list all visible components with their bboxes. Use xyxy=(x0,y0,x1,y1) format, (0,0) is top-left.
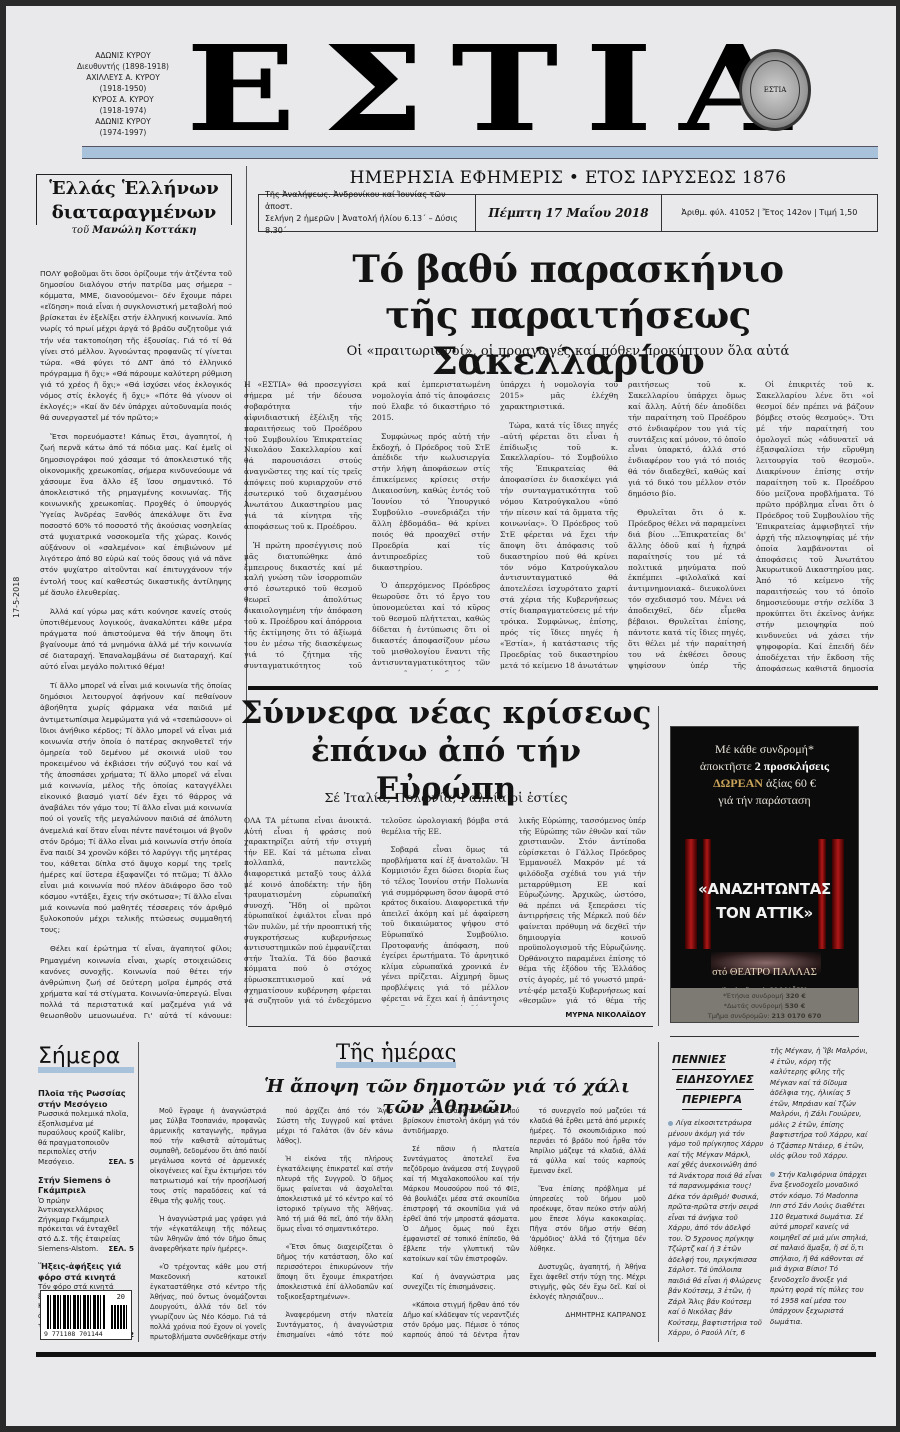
lead-article-body: Η «ΕΣΤΙΑ» θά προσεγγίσει σήμερα μέ τήν δ… xyxy=(244,380,874,672)
second-subheadline: Σέ Ἰταλία, Πολωνία, Γαλλία οἱ ἑστίες xyxy=(236,790,656,805)
of-the-day-column-2: πού ἀρχίζει ἀπό τόν Ἅγιο Σώστη τῆς Συγγρ… xyxy=(277,1106,394,1341)
show-title-line: ΤΟΝ ΑΤΤΙΚ» xyxy=(671,901,858,925)
paragraph: Τί ἄλλο μπορεῖ νά εἶναι μιά κοινωνία τῆς… xyxy=(40,680,232,935)
annual-price: *Ἐτήσια συνδρομή 320 € xyxy=(671,991,858,1001)
paragraph: Μοῦ ἔγραψε ἡ ἀναγνώστριά μας Σύλβα Τσοπα… xyxy=(150,1106,267,1206)
paragraph: «Κάποια στιγμή ἤρθαν ἀπό τόν Δῆμο καί κλ… xyxy=(403,1300,520,1341)
subscription-phone: Τμῆμα συνδρομῶν: 213 0170 670 xyxy=(671,1011,858,1021)
paragraph: τό συνεργεῖο πού μαζεύει τά κλαδιά θά ἔρ… xyxy=(530,1106,647,1176)
column-divider xyxy=(138,1042,139,1342)
show-title: «ΑΝΑΖΗΤΩΝΤΑΣ ΤΟΝ ΑΤΤΙΚ» xyxy=(671,877,858,925)
seal-text: ΕΣΤΙΑ xyxy=(750,60,800,120)
gossip-text: Στήν Καλιφόρνια ὑπάρχει ἕνα ξενοδοχεῖο μ… xyxy=(770,1171,868,1326)
second-headline-line-1: Σύννεφα νέας κρίσεως xyxy=(236,694,656,732)
of-the-day-section-heading: Τῆς ἡμέρας xyxy=(336,1040,456,1064)
page-reference[interactable]: ΣΕΛ. 5 xyxy=(108,1244,134,1254)
author-signature: ΔΗΜΗΤΡΗΣ ΚΑΠΡΑΝΟΣ xyxy=(530,1310,647,1320)
opinion-title-line-2: διαταραγμένων xyxy=(37,202,231,223)
abroad-price: *Δωτάς συνδρομή 530 € xyxy=(671,1001,858,1011)
today-item[interactable]: Πλοῖα τῆς Ρωσσίας στήν Μεσόγειο Ρωσσικά … xyxy=(38,1088,134,1167)
barcode-bars-icon xyxy=(47,1295,105,1329)
founder-line: ΑΔΩΝΙΣ ΚΥΡΟΥ xyxy=(68,116,178,127)
feast-day: Τῆς Ἀναλήψεως. Ἀνδρονίκου καί Ἰουνίας τῶ… xyxy=(265,189,469,213)
paragraph: Οἱ ἐπικριτές τοῦ κ. Σακελλαρίου λένε ὅτι… xyxy=(756,380,874,672)
byline-author: Μανώλη Κοττάκη xyxy=(92,225,196,236)
paragraph: Ἡ πρώτη προσέγγισις πού μᾶς διατυπώθηκε … xyxy=(244,541,362,672)
paragraph: Ἕνα ἐπίσης πρόβλημα μέ ὑπηρεσίες τοῦ δήμ… xyxy=(530,1184,647,1254)
section-divider xyxy=(248,686,878,690)
second-column-3: λικῆς Εὐρώπης, τασσόμενος ὑπέρ τῆς Εὐρώπ… xyxy=(519,816,646,1006)
paragraph: Ἡ εἰκόνα τῆς πλήρους ἐγκατάλειψης ἐπικρα… xyxy=(277,1154,394,1234)
of-the-day-column-3: θά μέ ἀναφωτισθοῦσα πού βρίσκουν ἐπιστολ… xyxy=(403,1106,520,1341)
paragraph: Τώρα, κατά τίς ἴδιες πηγές –αὐτή φέρεται… xyxy=(500,421,618,672)
paragraph: Η «ΕΣΤΙΑ» θά προσεγγίσει σήμερα μέ τήν δ… xyxy=(244,380,362,533)
paragraph: Ἡ ἀναγνώστριά μας γράφει γιά τήν «ἐγκατά… xyxy=(150,1214,267,1254)
price-value: 530 € xyxy=(785,1002,805,1010)
issue-number-price: Ἀριθμ. φύλ. 41052 | Ἔτος 142ον | Τιμή 1,… xyxy=(662,195,877,231)
gossip-text: Λίγα εἰκοσιτετράωρα μένουν ἀκόμη γιά τόν… xyxy=(668,1119,763,1338)
gossip-item: Λίγα εἰκοσιτετράωρα μένουν ἀκόμη γιά τόν… xyxy=(668,1118,764,1338)
lead-headline-line-1: Τό βαθύ παρασκήνιο xyxy=(258,246,878,292)
gossip-column-2: τῆς Μέγκαν, ἡ Ἴβι Μαλρόνι, 4 ἐτῶν, κόρη … xyxy=(770,1046,870,1338)
lead-subheadline: Οἱ «πραιτωριανοί», οἱ προαγωγές καί πόθε… xyxy=(258,344,878,359)
founder-line: Διευθυντής (1898-1918) xyxy=(68,61,178,72)
today-item[interactable]: Στήν Siemens ὁ Γκάμπριελ Ὁ πρώην Ἀντικαγ… xyxy=(38,1175,134,1254)
gossip-item: Στήν Καλιφόρνια ὑπάρχει ἕνα ξενοδοχεῖο μ… xyxy=(770,1170,870,1328)
newspaper-front-page: ΑΔΩΝΙΣ ΚΥΡΟΥ Διευθυντής (1898-1918) ΑΧΙΛ… xyxy=(6,6,896,1426)
issue-date: Πέμπτη 17 Μαΐου 2018 xyxy=(476,195,661,231)
bullet-icon xyxy=(770,1172,775,1177)
masthead-blue-bar xyxy=(82,146,878,159)
today-item-title: Ἥξεις-ἀφήξεις γιά φόρο στά κινητά xyxy=(38,1261,134,1282)
paragraph: πού ἀρχίζει ἀπό τόν Ἅγιο Σώστη τῆς Συγγρ… xyxy=(277,1106,394,1146)
heading-highlight xyxy=(38,1067,134,1073)
price-label: *Ἐτήσια συνδρομή xyxy=(723,992,783,1000)
opinion-body: ΠΟΛΥ φοβοῦμαι ὅτι ὅσοι ὁρίζουμε τήν ἀτζέ… xyxy=(40,268,232,1018)
byline-prefix: τοῦ xyxy=(71,225,89,236)
paragraph: Ὁ ἀπερχόμενος Πρόεδρος θεωροῦσε ὅτι τό ἔ… xyxy=(372,581,490,672)
founder-line: (1974-1997) xyxy=(68,127,178,138)
founder-line: (1918-1950) xyxy=(68,83,178,94)
edition-info-box: Τῆς Ἀναλήψεως. Ἀνδρονίκου καί Ἰουνίας τῶ… xyxy=(258,194,878,232)
today-section-heading: Σήμερα xyxy=(38,1044,120,1069)
page-bottom-rule xyxy=(36,1352,876,1357)
gossip-text: τῆς Μέγκαν, ἡ Ἴβι Μαλρόνι, 4 ἐτῶν, κόρη … xyxy=(770,1046,870,1162)
gossip-column-1: Λίγα εἰκοσιτετράωρα μένουν ἀκόμη γιά τόν… xyxy=(668,1118,764,1338)
newspaper-logo: ΕΣΤΙΑ xyxy=(186,34,818,144)
paragraph: Δυστυχῶς, ἀγαπητή, ἡ Ἀθήνα ἔχει ἀφεθεῖ σ… xyxy=(530,1262,647,1302)
paragraph: ΠΟΛΥ φοβοῦμαι ὅτι ὅσοι ὁρίζουμε τήν ἀτζέ… xyxy=(40,268,232,423)
of-the-day-body: Μοῦ ἔγραψε ἡ ἀναγνώστριά μας Σύλβα Τσοπα… xyxy=(150,1106,646,1341)
second-article-byline: ΜΥΡΝΑ ΝΙΚΟΛΑΪΔΟΥ xyxy=(516,1011,646,1019)
ad-line: ΔΩΡΕΑΝ ἀξίας 60 € xyxy=(671,775,858,792)
ad-free-label: ΔΩΡΕΑΝ xyxy=(713,776,763,790)
ad-value: ἀξίας 60 € xyxy=(766,776,816,790)
today-heading-text: Σήμερα xyxy=(38,1044,120,1069)
paragraph: ὑπάρχει ἡ νομολογία τοῦ 2015» μᾶς ἐλέχθη… xyxy=(500,380,618,413)
column-divider xyxy=(658,1042,659,1342)
founder-line: ΑΔΩΝΙΣ ΚΥΡΟΥ xyxy=(68,50,178,61)
divider xyxy=(670,1036,859,1037)
barcode-issue: 20 xyxy=(117,1293,125,1301)
paragraph: κρά καί ἐμπεριστατωμένη νομολογία ἀπό τί… xyxy=(372,380,490,424)
paragraph: ΟΛΑ ΤΑ μέτωπα εἶναι ἀνοικτά. Αὐτή εἶναι … xyxy=(244,816,371,1006)
founder-line: ΑΧΙΛΛΕΥΣ Α. ΚΥΡΟΥ xyxy=(68,72,178,83)
gossip-section-heading: ΠΕΝΝΙΕΣ ΕΙΔΗΣΟΥΛΕΣ ΠΕΡΙΕΡΓΑ xyxy=(668,1050,764,1110)
paragraph: ραιτήσεως τοῦ κ. Σακελλαρίου ὑπάρχει ὅμω… xyxy=(628,380,746,500)
second-column-2: τελοῦσε ὡρολογιακή βόμβα στά θεμέλια τῆς… xyxy=(381,816,508,1006)
founders-list: ΑΔΩΝΙΣ ΚΥΡΟΥ Διευθυντής (1898-1918) ΑΧΙΛ… xyxy=(68,50,178,138)
subscription-advertisement[interactable]: Μέ κάθε συνδρομή* ἀποκτῆστε 2 προσκλήσει… xyxy=(670,726,859,1023)
heading-highlight xyxy=(336,1062,456,1068)
page-reference[interactable]: ΣΕΛ. 5 xyxy=(108,1157,134,1167)
gossip-heading-line: ΠΕΝΝΙΕΣ xyxy=(672,1050,726,1070)
divider xyxy=(248,1026,653,1027)
founder-line: (1918-1974) xyxy=(68,105,178,116)
side-date: 17-5-2018 xyxy=(12,577,21,618)
lead-column-1: Η «ΕΣΤΙΑ» θά προσεγγίσει σήμερα μέ τήν δ… xyxy=(244,380,362,672)
second-column-1: ΟΛΑ ΤΑ μέτωπα εἶναι ἀνοικτά. Αὐτή εἶναι … xyxy=(244,816,371,1006)
paragraph: Ἀναφερόμενη στήν πλατεία Συντάγματος, ἡ … xyxy=(277,1310,394,1341)
tagline: ΗΜΕΡΗΣΙΑ ΕΦΗΜΕΡΙΣ • ΕΤΟΣ ΙΔΡΥΣΕΩΣ 1876 xyxy=(258,168,878,188)
paragraph: Συμφώνως πρός αὐτή τήν ἔκδοχή, ὁ Πρόεδρο… xyxy=(372,432,490,574)
ad-line: γιά τήν παράσταση xyxy=(671,792,858,809)
lead-column-4: ραιτήσεως τοῦ κ. Σακελλαρίου ὑπάρχει ὅμω… xyxy=(628,380,746,672)
lead-column-5: Οἱ ἐπικριτές τοῦ κ. Σακελλαρίου λένε ὅτι… xyxy=(756,380,874,672)
price-label: *Δωτάς συνδρομή xyxy=(724,1002,783,1010)
of-the-day-column-4: τό συνεργεῖο πού μαζεύει τά κλαδιά θά ἔρ… xyxy=(530,1106,647,1341)
opinion-title-line-1: Ἑλλάς Ἑλλήνων xyxy=(37,178,231,199)
paragraph: Θέλει καί ἐρώτημα τί εἶναι, ἀγαπητοί φίλ… xyxy=(40,943,232,1018)
price-value: 320 € xyxy=(786,992,806,1000)
lead-column-2: κρά καί ἐμπεριστατωμένη νομολογία ἀπό τί… xyxy=(372,380,490,672)
founder-line: ΚΥΡΟΣ Α. ΚΥΡΟΥ xyxy=(68,94,178,105)
barcode-number: 9 771108 701144 xyxy=(44,1330,103,1338)
opinion-byline: τοῦ Μανώλη Κοττάκη xyxy=(34,225,234,236)
paragraph: Σοβαρά εἶναι ὅμως τά προβλήματα καί ἐξ ἀ… xyxy=(381,845,508,1006)
calendar-info: Τῆς Ἀναλήψεως. Ἀνδρονίκου καί Ἰουνίας τῶ… xyxy=(259,195,476,231)
barcode: 9 771108 701144 20 xyxy=(40,1290,132,1340)
today-item-title: Στήν Siemens ὁ Γκάμπριελ xyxy=(38,1175,134,1196)
barcode-addon-bars-icon xyxy=(111,1305,127,1329)
paragraph: Σέ πᾶσιν ἡ πλατεία Συντάγματος ἀποτελεῖ … xyxy=(403,1144,520,1264)
paragraph: Καί ἡ ἀναγνώστρια μας συνεχίζει τίς ἐπισ… xyxy=(403,1272,520,1292)
paragraph: Ἔτσι πορευόμαστε! Κάπως ἔτσι, ἀγαπητοί, … xyxy=(40,431,232,597)
of-the-day-heading-text: Τῆς ἡμέρας xyxy=(336,1040,456,1064)
paragraph: «Ἔτσι ὅπως διαχειρίζεται ὁ δῆμος τήν κατ… xyxy=(277,1242,394,1302)
gossip-heading-line: ΠΕΡΙΕΡΓΑ xyxy=(682,1090,742,1110)
ad-pricing: *Ἐτήσια συνδρομή 320 € *Δωτάς συνδρομή 5… xyxy=(671,988,858,1022)
lead-headline[interactable]: Τό βαθύ παρασκήνιο τῆς παραιτήσεως Σακελ… xyxy=(258,246,878,384)
ad-text: ἀποκτῆστε xyxy=(700,759,752,773)
lead-headline-line-2: τῆς παραιτήσεως Σακελλαρίου xyxy=(258,292,878,384)
bullet-icon xyxy=(668,1121,673,1126)
theatre-name: στό ΘΕΑΤΡΟ ΠΑΛΛΑΣ xyxy=(671,967,858,978)
paragraph: τελοῦσε ὡρολογιακή βόμβα στά θεμέλια τῆς… xyxy=(381,816,508,837)
lead-column-3: ὑπάρχει ἡ νομολογία τοῦ 2015» μᾶς ἐλέχθη… xyxy=(500,380,618,672)
phone-number: 213 0170 670 xyxy=(772,1012,822,1020)
paragraph: Θρυλεῖται ὅτι ὁ κ. Πρόεδρος θέλει νά παρ… xyxy=(628,508,746,672)
show-title-line: «ΑΝΑΖΗΤΩΝΤΑΣ xyxy=(671,877,858,901)
ad-line: ἀποκτῆστε 2 προσκλήσεις xyxy=(671,758,858,775)
phone-label: Τμῆμα συνδρομῶν: xyxy=(708,1012,770,1020)
second-article-body: ΟΛΑ ΤΑ μέτωπα εἶναι ἀνοικτά. Αὐτή εἶναι … xyxy=(244,816,646,1006)
seal-emblem-icon: ΕΣΤΙΑ xyxy=(739,49,811,131)
paragraph: Ἀλλά καί γύρω μας κάτι κούνησε κανείς στ… xyxy=(40,606,232,673)
ad-line: Μέ κάθε συνδρομή* xyxy=(671,741,858,758)
today-item-title: Πλοῖα τῆς Ρωσσίας στήν Μεσόγειο xyxy=(38,1088,134,1109)
sun-moon-info: Σελήνη 2 ἡμερῶν | Ἀνατολή ἡλίου 6.13΄ – … xyxy=(265,213,469,237)
paragraph: θά μέ ἀναφωτισθοῦσα πού βρίσκουν ἐπιστολ… xyxy=(403,1106,520,1136)
ad-bold-text: 2 προσκλήσεις xyxy=(755,759,829,773)
column-divider xyxy=(658,706,659,1026)
paragraph: «Ὁ τρέχοντας κάθε μου στή Μακεδονική κατ… xyxy=(150,1262,267,1341)
paragraph: λικῆς Εὐρώπης, τασσόμενος ὑπέρ τῆς Εὐρώπ… xyxy=(519,816,646,1006)
gossip-heading-line: ΕΙΔΗΣΟΥΛΕΣ xyxy=(676,1070,754,1090)
of-the-day-column-1: Μοῦ ἔγραψε ἡ ἀναγνώστριά μας Σύλβα Τσοπα… xyxy=(150,1106,267,1341)
ad-offer-text: Μέ κάθε συνδρομή* ἀποκτῆστε 2 προσκλήσει… xyxy=(671,727,858,809)
